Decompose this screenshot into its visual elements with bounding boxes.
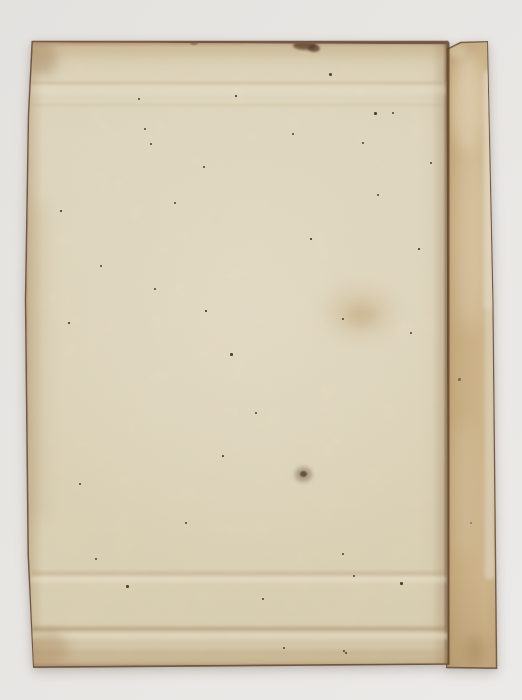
speck-layer bbox=[0, 0, 522, 700]
foxing-speck bbox=[185, 522, 187, 524]
foxing-speck bbox=[230, 353, 233, 356]
foxing-speck bbox=[154, 288, 156, 290]
foxing-speck bbox=[222, 455, 224, 457]
foxing-speck bbox=[400, 582, 403, 585]
foxing-speck bbox=[410, 332, 412, 334]
foxing-speck bbox=[392, 112, 394, 114]
foxing-speck bbox=[126, 585, 129, 588]
foxing-speck bbox=[374, 112, 377, 115]
foxing-speck bbox=[205, 310, 207, 312]
foxing-speck bbox=[203, 166, 205, 168]
foxing-speck bbox=[95, 558, 97, 560]
foxing-speck bbox=[329, 73, 332, 76]
foxing-speck bbox=[255, 412, 257, 414]
foxing-speck bbox=[262, 598, 264, 600]
foxing-speck bbox=[174, 202, 176, 204]
foxing-speck bbox=[100, 265, 102, 267]
foxing-speck bbox=[418, 248, 420, 250]
foxing-speck bbox=[342, 553, 344, 555]
paper-artifact bbox=[0, 0, 522, 700]
foxing-speck bbox=[377, 194, 379, 196]
foxing-speck bbox=[353, 575, 355, 577]
foxing-speck bbox=[362, 142, 364, 144]
photo-background: Photograph of the blank verso of an anti… bbox=[0, 0, 522, 700]
foxing-speck bbox=[235, 95, 237, 97]
foxing-speck bbox=[283, 647, 285, 649]
foxing-speck bbox=[345, 652, 347, 654]
strip-toning bbox=[464, 636, 486, 666]
water-stain bbox=[456, 140, 486, 330]
foxing-speck bbox=[150, 143, 152, 145]
water-stain bbox=[452, 420, 478, 560]
strip-speck bbox=[458, 378, 461, 381]
foxing-speck bbox=[60, 210, 62, 212]
paper-sheet bbox=[0, 0, 522, 700]
strip-speck bbox=[470, 522, 472, 524]
strip-notch bbox=[448, 44, 466, 58]
foxing-speck bbox=[292, 133, 294, 135]
water-stain bbox=[452, 52, 484, 152]
foxing-speck bbox=[310, 238, 312, 240]
foxing-speck bbox=[343, 650, 345, 652]
foxing-speck bbox=[144, 128, 146, 130]
foxing-speck bbox=[138, 98, 140, 100]
foxing-speck bbox=[68, 322, 70, 324]
foxing-speck bbox=[342, 318, 344, 320]
foxing-speck bbox=[430, 162, 432, 164]
foxing-speck bbox=[79, 483, 81, 485]
